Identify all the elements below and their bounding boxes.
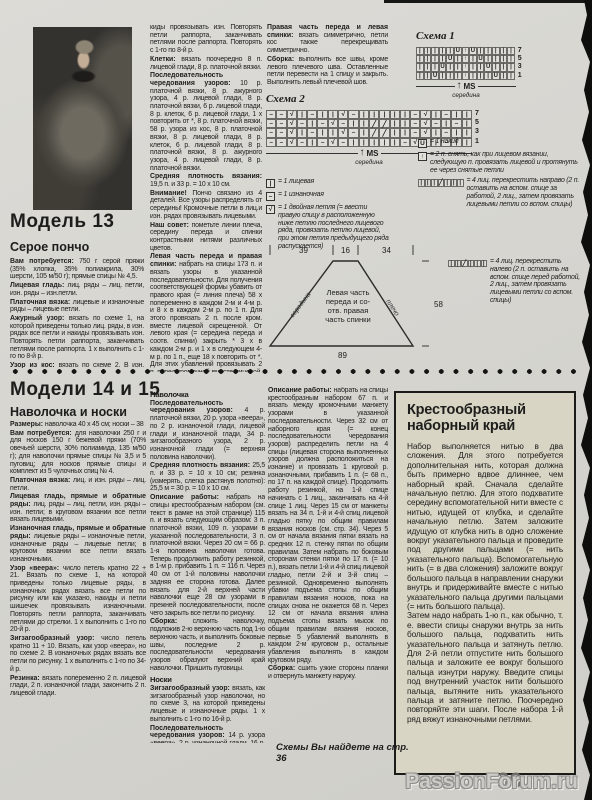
chart-cell: | <box>462 119 472 128</box>
chart-cell: | <box>431 128 441 137</box>
chart-cell: | <box>369 138 379 147</box>
legend-text: = 2 п. снять, как при лицевом вязании, с… <box>430 151 580 174</box>
dim-right: 58 <box>434 300 443 309</box>
chart-row: ––√–|–√–||╱╱||–√–|–|5 <box>266 119 491 128</box>
sub-heading: Носки <box>150 676 265 684</box>
chart-cell: | <box>359 119 369 128</box>
schema1-grid: |||||U↑U|||||7||||U|↑|U||||5|||U||↑||U||… <box>416 47 548 80</box>
chart-cell: | <box>400 128 410 137</box>
paragraph: Наш совет: пометьте линии плеча, середин… <box>150 222 262 253</box>
chart-cell: | <box>379 110 389 119</box>
schema1-ms-line: ↑ MS <box>416 82 516 91</box>
legend-item: |||╱|||= 4 лиц. перекрестить направо (2 … <box>418 177 580 208</box>
chart-cell: – <box>276 128 286 137</box>
legend-text: = 4 лиц. перекрестить налево (2 п. остав… <box>490 258 580 305</box>
paragraph: Лицевая гладь, прямые и обратные ряды: л… <box>10 493 146 524</box>
schema1-ms-label: MS <box>464 82 478 91</box>
chart-cell: | <box>400 119 410 128</box>
model13-column-2: киды провязывать изн. Повторять петли ра… <box>150 24 262 372</box>
chart-cell: – <box>317 138 327 147</box>
chart-cell: – <box>348 110 358 119</box>
model13-title: Модель 13 <box>10 211 114 233</box>
magazine-page: Модель 13 Серое пончо Вам потребуется: 7… <box>0 0 592 800</box>
legend-item: ↑= 2 п. снять, как при лицевом вязании, … <box>418 151 580 174</box>
chart-row: ||||U|↑|U||||5 <box>416 55 548 63</box>
chart-row: |||U||↑||U|||3 <box>416 63 548 71</box>
chart-cell: | <box>297 128 307 137</box>
chart-cell: | <box>416 63 424 71</box>
cable-right-icon: |||╱||| <box>418 178 464 187</box>
chart-cell: | <box>416 55 424 63</box>
chart-cell: | <box>446 72 454 80</box>
chart-cell: | <box>390 110 400 119</box>
center-arrow-icon: ↑ <box>358 149 367 157</box>
chart-cell: √ <box>287 138 297 147</box>
chart-cell: √ <box>287 128 297 137</box>
chart-cell: ╱ <box>369 119 379 128</box>
schema1-legend-continued: ||╱|||= 4 лиц. перекрестить налево (2 п.… <box>448 258 580 308</box>
chart-cell: | <box>400 110 410 119</box>
chart-cell: U <box>492 72 500 80</box>
chart-cell: – <box>276 110 286 119</box>
legend-item: U= 1 накид <box>418 138 580 148</box>
chart-cell: | <box>481 260 488 268</box>
chart-cell: | <box>348 138 358 147</box>
yarn-over-icon: U <box>418 139 427 148</box>
paragraph: Платочная вязка: лицевые и изнаночные ря… <box>10 299 144 314</box>
chart-cell: – <box>410 128 420 137</box>
chart-cell: | <box>469 55 477 63</box>
chart-cell: | <box>507 72 515 80</box>
paragraph: Средняя плотность вязания: 25,5 п. и 33 … <box>150 462 265 493</box>
chart-cell: – <box>297 119 307 128</box>
legend-item: |= 1 лицевая <box>266 178 390 188</box>
chart-cell: √ <box>328 119 338 128</box>
schemes-reference-note: Схемы Вы найдете на стр. 36 <box>276 742 416 764</box>
chart-cell: – <box>400 138 410 147</box>
chart-cell: | <box>454 55 462 63</box>
chart-cell: | <box>431 55 439 63</box>
dim-bottom: 89 <box>338 351 347 360</box>
chart-cell: | <box>424 47 432 55</box>
chart-cell: | <box>507 63 515 71</box>
chart-cell: ↑ <box>462 47 470 55</box>
chart-cell: | <box>477 63 485 71</box>
chart-cell: | <box>390 119 400 128</box>
chart-cell: | <box>446 63 454 71</box>
chart-cell: | <box>462 128 472 137</box>
chart-cell: | <box>500 47 508 55</box>
chart-cell: | <box>379 138 389 147</box>
chart-cell: √ <box>338 128 348 137</box>
chart-cell: – <box>266 110 276 119</box>
dim-top-left: 39 <box>299 246 308 255</box>
chart-cell: | <box>492 63 500 71</box>
paragraph: Сборка: выполнить все швы, кроме левого … <box>267 56 388 87</box>
paragraph: Последовательность чередования узоров: 1… <box>150 725 265 743</box>
chart-cell: ╱ <box>379 128 389 137</box>
chart-cell: U <box>431 72 439 80</box>
paragraph: Лицевая гладь: лиц. ряды – лиц. петли, и… <box>10 282 144 297</box>
chart-cell: | <box>500 55 508 63</box>
paragraph: Сборка: сложить наволочку, подложив 2-ю … <box>150 618 265 672</box>
chart-cell: ↑ <box>462 63 470 71</box>
models1415-subtitle: Наволочка и носки <box>10 405 127 419</box>
chart-cell: | <box>462 110 472 119</box>
paragraph: Узор «веера»: число петель кратно 22 + 2… <box>10 565 146 634</box>
paragraph: Ажурный узор: вязать по схеме 1, на кото… <box>10 315 144 361</box>
chart-cell: U <box>477 55 485 63</box>
chart-cell: | <box>492 47 500 55</box>
chart-cell: √ <box>287 110 297 119</box>
chart-cell: – <box>276 138 286 147</box>
chart-cell: | <box>307 119 317 128</box>
chart-cell: | <box>390 138 400 147</box>
legend-text: = 1 лицевая <box>278 178 314 188</box>
paragraph: Последовательность чередования узоров: 1… <box>150 72 262 172</box>
chart-cell: | <box>416 72 424 80</box>
chart-cell: | <box>469 63 477 71</box>
chart-cell: ↑ <box>462 72 470 80</box>
scan-top-edge <box>384 0 592 3</box>
row-number: 5 <box>475 119 479 128</box>
purl-stitch-icon: – <box>266 192 275 201</box>
chart-cell: – <box>431 119 441 128</box>
paragraph: Зигзагообразный узор: число петель кратн… <box>10 635 146 674</box>
chart-cell: – <box>307 110 317 119</box>
paragraph: Вам потребуется: 750 г серой пряжи (35% … <box>10 258 144 281</box>
chart-cell: | <box>439 47 447 55</box>
chart-cell: | <box>390 128 400 137</box>
chart-cell: | <box>424 55 432 63</box>
svg-text:переда и со-: переда и со- <box>326 297 371 306</box>
chart-cell: | <box>424 72 432 80</box>
chart-cell: – <box>441 128 451 137</box>
chart-row: ––√|–||√–|||||–√|–||7 <box>266 110 491 119</box>
chart-cell: ╱ <box>379 119 389 128</box>
sub-heading: Наволочка <box>150 391 265 399</box>
chart-cell: U <box>454 47 462 55</box>
models1415-title: Модели 14 и 15 <box>10 379 160 401</box>
bracket-line <box>266 153 358 154</box>
chart-cell: | <box>451 110 461 119</box>
legend-item: ||╱|||= 4 лиц. перекрестить налево (2 п.… <box>448 258 580 305</box>
bracket-line <box>478 86 517 87</box>
chart-cell: | <box>451 128 461 137</box>
technique-box: Крестообразный наборный край Набор выпол… <box>394 391 576 775</box>
chart-cell: | <box>477 72 485 80</box>
dim-top-right: 34 <box>382 246 391 255</box>
model-photo <box>33 27 132 210</box>
chart-cell: | <box>457 179 464 187</box>
paragraph: Описание работы: набрать на спицы кресто… <box>268 387 388 664</box>
chart-cell: – <box>276 119 286 128</box>
bracket-line <box>416 86 455 87</box>
chart-cell: | <box>328 110 338 119</box>
model13-subtitle: Серое пончо <box>10 240 89 254</box>
chart-cell: – <box>266 119 276 128</box>
chart-row: |||||U↑U|||||7 <box>416 47 548 55</box>
double-stitch-icon: √ <box>266 205 275 214</box>
chart-cell: ↑ <box>462 55 470 63</box>
dim-top-mid: 16 <box>341 246 350 255</box>
chart-cell: – <box>410 119 420 128</box>
chart-cell: – <box>338 138 348 147</box>
pattern-diagram: 39 16 34 Левая часть переда и со- отв. п… <box>266 243 452 365</box>
legend-item: –= 1 изнаночная <box>266 191 390 201</box>
paragraph: Средняя плотность вязания: 19,5 п. и 33 … <box>150 173 262 188</box>
chart-cell: √ <box>420 119 430 128</box>
chart-cell: | <box>484 55 492 63</box>
legend-text: = 4 лиц. перекрестить направо (2 п. оста… <box>467 177 581 208</box>
svg-text:Левая часть: Левая часть <box>326 288 369 297</box>
schema2-title: Схема 2 <box>266 93 491 105</box>
chart-cell: | <box>454 72 462 80</box>
schema1: Схема 1 |||||U↑U|||||7||||U|↑|U||||5|||U… <box>416 30 548 99</box>
paragraph: Правая часть переда и левая спинки: вяза… <box>267 24 388 55</box>
chart-cell: U <box>446 55 454 63</box>
chart-cell: | <box>297 110 307 119</box>
chart-cell: – <box>348 128 358 137</box>
chart-cell: – <box>297 138 307 147</box>
chart-cell: √ <box>420 110 430 119</box>
chart-cell: U <box>484 63 492 71</box>
paragraph: Сборка: сшить узкие стороны планки и отв… <box>268 665 388 680</box>
schema2-ms-label: MS <box>367 149 381 158</box>
chart-cell: √ <box>287 119 297 128</box>
svg-text:часть спинки: часть спинки <box>325 315 370 324</box>
paragraph: Вам потребуется: для наволочки 250 г и д… <box>10 430 146 476</box>
double-decrease-icon: ↑ <box>418 152 427 161</box>
row-number: 5 <box>518 55 522 63</box>
chart-cell: | <box>307 138 317 147</box>
chart-cell: | <box>317 128 327 137</box>
chart-cell: | <box>359 138 369 147</box>
chart-cell: | <box>416 47 424 55</box>
chart-row: ––√|–||√–|╱╱||–√|–||3 <box>266 128 491 137</box>
chart-cell: – <box>441 110 451 119</box>
chart-cell: | <box>446 47 454 55</box>
chart-row: ||U|||↑|||U||1 <box>416 72 548 80</box>
pattern-piece-label: Левая часть переда и со- отв. правая час… <box>325 288 370 324</box>
svg-text:отв. правая: отв. правая <box>328 306 369 315</box>
chart-cell: – <box>307 128 317 137</box>
legend-text: = 1 накид <box>430 138 458 148</box>
chart-cell: | <box>328 128 338 137</box>
chart-cell: | <box>431 63 439 71</box>
row-number: 7 <box>475 110 479 119</box>
chart-cell: – <box>410 110 420 119</box>
chart-cell: U <box>439 63 447 71</box>
chart-cell: √ <box>338 110 348 119</box>
schema1-legend: U= 1 накид↑= 2 п. снять, как при лицевом… <box>418 138 580 212</box>
chart-cell: | <box>484 47 492 55</box>
chart-cell: | <box>507 55 515 63</box>
chart-cell: | <box>469 72 477 80</box>
model13-column-1: Вам потребуется: 750 г серой пряжи (35% … <box>10 258 144 368</box>
row-number: 3 <box>518 63 522 71</box>
center-arrow-icon: ↑ <box>455 82 464 90</box>
watermark: PassionForum.ru <box>405 770 578 794</box>
chart-cell: | <box>441 119 451 128</box>
chart-cell: – <box>266 128 276 137</box>
paragraph: Набор выполняется нитью в два сложения. … <box>407 442 563 611</box>
paragraph: Описание работы: набрать на спицы кресто… <box>150 494 265 617</box>
chart-cell: | <box>431 47 439 55</box>
chart-cell: U <box>469 47 477 55</box>
chart-cell: | <box>359 128 369 137</box>
models1415-column-1: Размеры: наволочка 40 х 45 см; носки – 3… <box>10 421 146 739</box>
chart-cell: | <box>507 47 515 55</box>
chart-cell: √ <box>420 128 430 137</box>
dotted-separator <box>8 367 580 376</box>
chart-cell: – <box>451 119 461 128</box>
row-number: 7 <box>518 47 522 55</box>
paragraph: Внимание! Пончо связано из 4 деталей. Вс… <box>150 190 262 221</box>
paragraph: Левая часть переда и правая спинки: набр… <box>150 253 262 372</box>
page-edge-tear <box>576 0 592 800</box>
model13-column-3: Правая часть переда и левая спинки: вяза… <box>267 24 388 92</box>
paragraph: Затем надо набрать 1-ю п., как обычно, т… <box>407 611 563 724</box>
paragraph: Изнаночная гладь, прямые и обратные ряды… <box>10 525 146 564</box>
chart-cell: | <box>484 72 492 80</box>
legend-text: = 1 изнаночная <box>278 191 324 201</box>
paragraph: Резинка: вязать попеременно 2 п. лицевой… <box>10 675 146 698</box>
chart-cell: | <box>492 55 500 63</box>
chart-cell: | <box>424 63 432 71</box>
chart-cell: | <box>439 55 447 63</box>
knit-stitch-icon: | <box>266 179 275 188</box>
chart-cell: | <box>439 72 447 80</box>
models1415-column-2: НаволочкаПоследовательность чередования … <box>150 387 265 743</box>
chart-cell: ╱ <box>369 128 379 137</box>
technique-box-body: Набор выполняется нитью в два сложения. … <box>407 442 563 724</box>
chart-cell: | <box>454 63 462 71</box>
chart-cell: – <box>338 119 348 128</box>
models1415-column-3: Описание работы: набрать на спицы кресто… <box>268 387 388 737</box>
paragraph: Последовательность чередования узоров: 4… <box>150 400 265 462</box>
chart-cell: – <box>266 138 276 147</box>
chart-cell: √ <box>328 138 338 147</box>
chart-cell: | <box>500 63 508 71</box>
paragraph: Платочная вязка: лиц. и изн. ряды – лиц.… <box>10 477 146 492</box>
cable-left-icon: ||╱||| <box>448 259 487 268</box>
paragraph: киды провязывать изн. Повторять петли ра… <box>150 24 262 55</box>
chart-cell: | <box>348 119 358 128</box>
paragraph: Клетки: вязать поочередно 8 п. лицевой г… <box>150 56 262 71</box>
chart-cell: | <box>431 110 441 119</box>
chart-cell: | <box>317 110 327 119</box>
paragraph: Размеры: наволочка 40 х 45 см; носки – 3… <box>10 421 146 429</box>
schema1-title: Схема 1 <box>416 30 548 42</box>
technique-box-title: Крестообразный наборный край <box>407 402 563 434</box>
chart-cell: | <box>369 110 379 119</box>
chart-cell: | <box>500 72 508 80</box>
chart-cell: | <box>477 47 485 55</box>
row-number: 3 <box>475 128 479 137</box>
chart-cell: | <box>359 110 369 119</box>
edge-label-center: середина <box>288 290 312 319</box>
row-number: 1 <box>518 72 522 80</box>
chart-cell: – <box>317 119 327 128</box>
paragraph: Зигзагообразный узор: вязать, как зигзаг… <box>150 685 265 724</box>
